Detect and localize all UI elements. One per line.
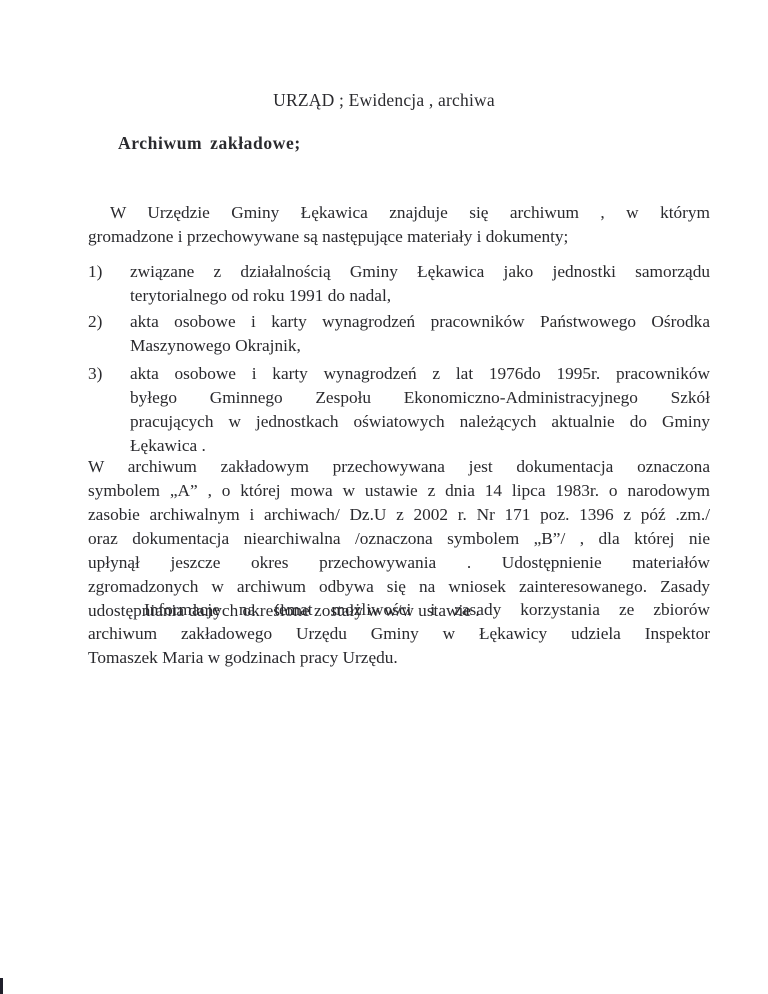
list-item-line: akta osobowe i karty wynagrodzeń z lat 1… — [130, 362, 710, 386]
paragraph-line: Tomaszek Maria w godzinach pracy Urzędu. — [88, 646, 710, 670]
list-item-line: pracujących w jednostkach oświatowych na… — [130, 410, 710, 434]
document-title: URZĄD ; Ewidencja , archiwa — [0, 90, 768, 111]
paragraph-line: zgromadzonych w archiwum odbywa się na w… — [88, 575, 710, 599]
scan-edge-mark — [0, 978, 3, 994]
list-item-text: akta osobowe i karty wynagrodzeń z lat 1… — [130, 362, 710, 458]
intro-line-1: W Urzędzie Gminy Łękawica znajduje się a… — [88, 201, 710, 225]
list-item-text: związane z działalnością Gminy Łękawica … — [130, 260, 710, 308]
list-item-line: terytorialnego od roku 1991 do nadal, — [130, 284, 710, 308]
paragraph-line: upłynął jeszcze okres przechowywania . U… — [88, 551, 710, 575]
list-item-line: byłego Gminnego Zespołu Ekonomiczno-Admi… — [130, 386, 710, 410]
contact-info-paragraph: Informacje na temat możliwości i zasady … — [88, 598, 710, 670]
paragraph-line: W archiwum zakładowym przechowywana jest… — [88, 455, 710, 479]
list-item-number: 1) — [88, 260, 102, 284]
intro-line-2: gromadzone i przechowywane są następując… — [88, 225, 710, 249]
list-item-number: 3) — [88, 362, 102, 386]
list-item-line: Maszynowego Okrajnik, — [130, 334, 710, 358]
scanned-document-page: URZĄD ; Ewidencja , archiwa Archiwum zak… — [0, 0, 768, 994]
intro-paragraph: W Urzędzie Gminy Łękawica znajduje się a… — [88, 201, 710, 249]
paragraph-line: archiwum zakładowego Urzędu Gminy w Łęka… — [88, 622, 710, 646]
section-heading: Archiwum zakładowe; — [118, 133, 301, 154]
list-item-line: związane z działalnością Gminy Łękawica … — [130, 260, 710, 284]
list-item-text: akta osobowe i karty wynagrodzeń pracown… — [130, 310, 710, 358]
list-item-number: 2) — [88, 310, 102, 334]
paragraph-line: zasobie archiwalnym i archiwach/ Dz.U z … — [88, 503, 710, 527]
list-item-line: akta osobowe i karty wynagrodzeń pracown… — [130, 310, 710, 334]
paragraph-line: oraz dokumentacja niearchiwalna /oznaczo… — [88, 527, 710, 551]
paragraph-line: symbolem „A” , o której mowa w ustawie z… — [88, 479, 710, 503]
paragraph-line: Informacje na temat możliwości i zasady … — [88, 598, 710, 622]
